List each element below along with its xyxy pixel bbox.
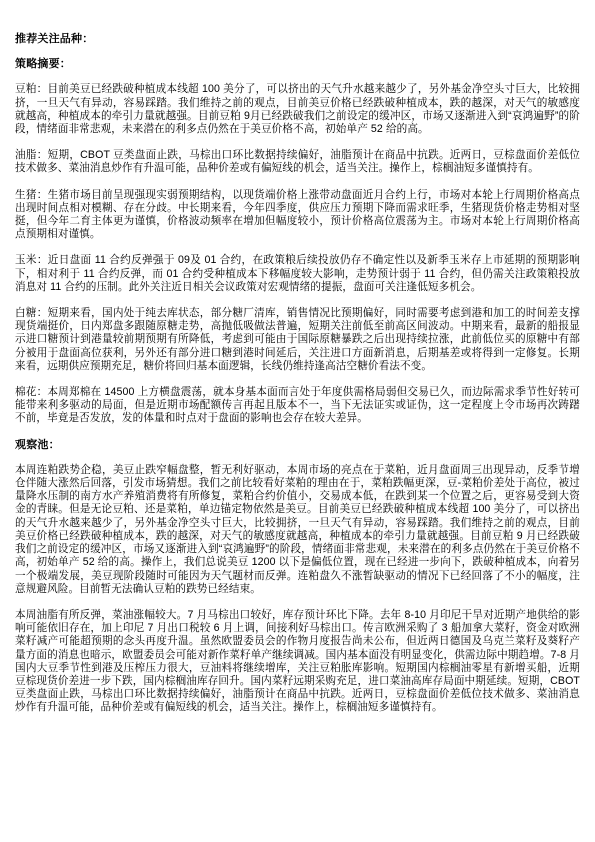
report-document-page: 推荐关注品种： 策略摘要： 豆粕：目前美豆已经跌破种植成本线超 100 美分了，… bbox=[0, 0, 595, 842]
heading-strategy-summary: 策略摘要： bbox=[15, 58, 580, 71]
watchlist-paragraph-meal-review: 本周连粕跌势企稳，美豆止跌窄幅盘整，暂无利好驱动，本周市场的亮点在于菜粕，近月盘… bbox=[15, 464, 580, 596]
heading-recommended-varieties: 推荐关注品种： bbox=[15, 33, 580, 46]
strategy-paragraph-sugar: 白糖：短期来看，国内处于纯去库状态，部分糖厂清库，销售情况比预期偏好，同时需要考… bbox=[15, 307, 580, 373]
watchlist-paragraph-oils-review: 本周油脂有所反弹，菜油涨幅较大。7 月马棕出口较好，库存预计环比下降。去年 8-… bbox=[15, 609, 580, 715]
heading-watchlist: 观察池： bbox=[15, 439, 580, 452]
strategy-paragraph-cotton: 棉花：本周郑棉在 14500 上方横盘震荡，就本身基本面而言处于年度供需格局弱但… bbox=[15, 386, 580, 426]
strategy-paragraph-soybean-meal: 豆粕：目前美豆已经跌破种植成本线超 100 美分了，可以挤出的天气升水越来越少了… bbox=[15, 83, 580, 136]
strategy-paragraph-corn: 玉米：近日盘面 11 合约反弹强于 09及 01 合约，在政策粮后续投放仍存不确… bbox=[15, 254, 580, 294]
strategy-paragraph-oils: 油脂：短期，CBOT 豆类盘面止跌，马棕出口环比数据持续偏好，油脂预计在商品中抗… bbox=[15, 149, 580, 175]
strategy-paragraph-hogs: 生猪：生猪市场目前呈现强现实弱预期结构，以现货端价格上涨带动盘面近月合约上行，市… bbox=[15, 189, 580, 242]
